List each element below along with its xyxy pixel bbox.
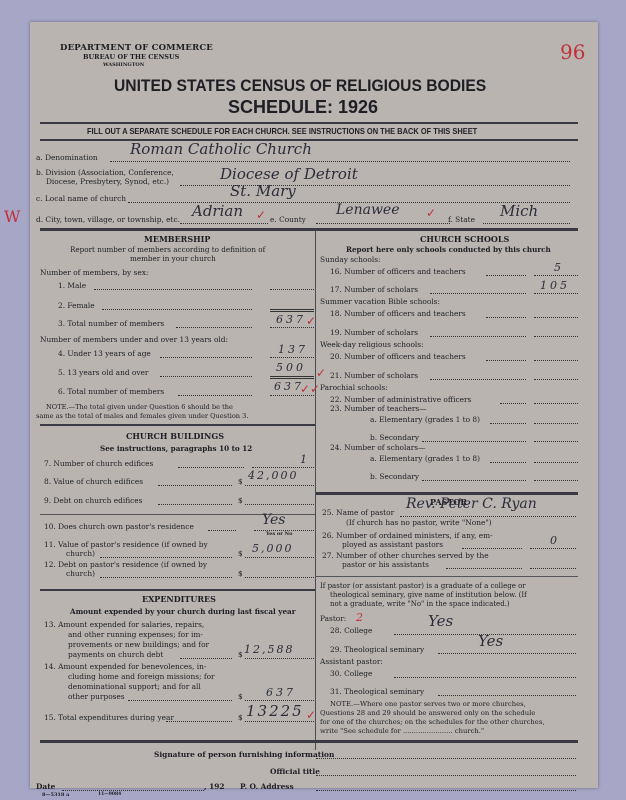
schools-subtitle: Report here only schools conducted by th…	[346, 245, 551, 254]
sunday-scholars-field[interactable]	[534, 293, 578, 294]
graduate-note-1: If pastor (or assistant pastor) is a gra…	[320, 582, 526, 590]
membership-note-1: NOTE.—The total given under Question 6 s…	[46, 403, 233, 411]
scholars-elementary-label: a. Elementary (grades 1 to 8)	[370, 454, 480, 463]
section-divider	[40, 424, 315, 426]
scholars-elementary-field[interactable]	[534, 462, 578, 463]
form-title: UNITED STATES CENSUS OF RELIGIOUS BODIES	[114, 76, 486, 96]
teachers-secondary-label: b. Secondary	[370, 433, 419, 442]
benevolences-label-4: other purposes	[68, 692, 125, 701]
leader-dots	[208, 530, 236, 531]
official-title-label: Official title	[270, 767, 320, 776]
leader-dots	[160, 376, 252, 377]
running-expenses-label-1: 13. Amount expended for salaries, repair…	[44, 620, 204, 629]
pastor-name-label: 25. Name of pastor	[322, 508, 394, 517]
total-members-label: 3. Total number of members	[58, 319, 164, 328]
leader-dots	[94, 289, 252, 290]
membership-subtitle-1: Report number of members according to de…	[70, 245, 265, 254]
pastor-mark: 2	[356, 611, 363, 624]
pastor-college-label: 28. College	[330, 626, 372, 635]
edifices-count-field[interactable]	[252, 467, 314, 468]
pastor-seminary-field[interactable]	[438, 653, 576, 654]
pastor-note-1: NOTE.—Where one pastor serves two or mor…	[330, 700, 526, 708]
city-heading: WASHINGTON	[103, 62, 144, 68]
other-churches-label-1: 27. Number of other churches served by t…	[322, 551, 489, 560]
running-expenses-label-2: and other running expenses; for im-	[68, 630, 203, 639]
dollar-sign: $	[238, 496, 243, 505]
residence-value-value: 5,000	[252, 542, 294, 555]
department-heading: DEPARTMENT OF COMMERCE	[60, 43, 213, 53]
assistant-college-field[interactable]	[394, 677, 576, 678]
leader-dots	[490, 462, 526, 463]
leader-dots	[176, 327, 252, 328]
by-sex-label: Number of members, by sex:	[40, 268, 148, 277]
summer-schools-label: Summer vacation Bible schools:	[320, 297, 440, 306]
teachers-secondary-field[interactable]	[534, 441, 578, 442]
edifice-value-label: 8. Value of church edifices	[44, 477, 143, 486]
benevolences-field[interactable]	[245, 700, 314, 701]
dollar-sign: $	[238, 477, 243, 486]
dollar-sign: $	[238, 569, 243, 578]
assistant-seminary-field[interactable]	[438, 695, 576, 696]
assistant-pastor-subsection-label: Assistant pastor:	[320, 657, 383, 666]
check-mark: ✓	[306, 708, 316, 722]
leader-dots	[158, 485, 232, 486]
leader-dots	[166, 721, 232, 722]
print-code: 11—9084	[98, 792, 121, 797]
weekday-officers-label: 20. Number of officers and teachers	[330, 352, 466, 361]
check-mark: ✓	[426, 206, 436, 220]
schools-title: CHURCH SCHOOLS	[420, 234, 509, 244]
under-13-value: 137	[278, 343, 308, 356]
section-divider	[40, 740, 578, 743]
signature-label: Signature of person furnishing informati…	[154, 750, 334, 759]
weekday-scholars-field[interactable]	[534, 379, 578, 380]
state-value[interactable]: Mich	[500, 202, 538, 220]
edifices-count-value: 1	[300, 453, 310, 466]
leader-dots	[430, 379, 526, 380]
admin-officers-field[interactable]	[534, 403, 578, 404]
female-field[interactable]	[270, 309, 314, 312]
sunday-officers-label: 16. Number of officers and teachers	[330, 267, 466, 276]
leader-dots	[102, 309, 252, 310]
form-code: 8—5318 a	[42, 792, 69, 798]
other-churches-label-2: pastor or his assistants	[342, 560, 429, 569]
leader-dots	[490, 423, 526, 424]
pastor-note-4: write "See schedule for ................…	[320, 727, 484, 735]
leader-dots	[446, 568, 522, 569]
leader-dots	[178, 467, 244, 468]
running-expenses-field[interactable]	[245, 658, 314, 659]
assistant-pastors-label-1: 26. Number of ordained ministers, if any…	[322, 531, 493, 540]
benevolences-value: 637	[266, 686, 296, 699]
leader-dots	[430, 336, 526, 337]
margin-mark: W	[4, 207, 20, 226]
section-divider	[40, 228, 578, 231]
running-expenses-label-3: provements or new buildings; and for	[68, 640, 209, 649]
summer-officers-label: 18. Number of officers and teachers	[330, 309, 466, 318]
total-expenditures-label: 15. Total expenditures during year	[44, 713, 174, 722]
under-13-label: 4. Under 13 years of age	[58, 349, 151, 358]
residence-value-field[interactable]	[245, 557, 314, 558]
pastor-seminary-value: Yes	[478, 632, 503, 650]
check-mark: ✓	[306, 314, 316, 328]
scholars-secondary-field[interactable]	[534, 480, 578, 481]
census-form-sheet: DEPARTMENT OF COMMERCE BUREAU OF THE CEN…	[30, 22, 598, 788]
check-mark: ✓	[316, 366, 326, 380]
leader-dots	[180, 658, 232, 659]
weekday-officers-field[interactable]	[534, 360, 578, 361]
parochial-schools-label: Parochial schools:	[320, 383, 388, 392]
pastor-name-value: Rev. Peter C. Ryan	[406, 496, 537, 512]
leader-dots	[500, 403, 526, 404]
pastor-subsection-label: Pastor:	[320, 614, 346, 623]
assistant-seminary-label: 31. Theological seminary	[330, 687, 424, 696]
county-label: e. County	[270, 215, 306, 224]
division-label-2: Diocese, Presbytery, Synod, etc.)	[46, 177, 169, 186]
pastor-name-hint: (If church has no pastor, write "None")	[346, 518, 492, 527]
male-field[interactable]	[270, 289, 314, 290]
total-members-value: 637	[276, 313, 306, 326]
leader-dots	[178, 395, 252, 396]
city-value[interactable]: Adrian	[192, 202, 243, 220]
check-mark: ✓✓	[300, 382, 320, 396]
city-line	[180, 223, 268, 224]
dollar-sign: $	[238, 650, 243, 659]
year-suffix: , 192	[204, 782, 225, 791]
admin-officers-label: 22. Number of administrative officers	[330, 395, 471, 404]
check-mark: ✓	[256, 208, 266, 222]
sunday-scholars-label: 17. Number of scholars	[330, 285, 418, 294]
leader-dots	[422, 480, 526, 481]
membership-note-2: same as the total of males and females g…	[36, 412, 248, 420]
benevolences-label-3: denominational support; and for all	[68, 682, 201, 691]
pastor-note-3: for one of the churches; on the schedule…	[320, 718, 544, 726]
teachers-elementary-label: a. Elementary (grades 1 to 8)	[370, 415, 480, 424]
running-expenses-value: 12,588	[244, 643, 295, 656]
buildings-subtitle: See instructions, paragraphs 10 to 12	[100, 444, 252, 453]
scholars-label: 24. Number of scholars—	[330, 443, 426, 452]
leader-dots	[100, 577, 232, 578]
page-number-mark: 96	[560, 40, 585, 64]
leader-dots	[100, 557, 232, 558]
pastor-note-2: Questions 28 and 29 should be answered o…	[320, 709, 535, 717]
division-label-1: b. Division (Association, Conference,	[36, 168, 174, 177]
division-value[interactable]: Diocese of Detroit	[220, 165, 358, 183]
date-label: Date	[36, 782, 55, 791]
po-address-label: P. O. Address	[240, 782, 294, 791]
residence-debt-label-1: 12. Debt on pastor's residence (if owned…	[44, 560, 207, 569]
over-13-label: 5. 13 years old and over	[58, 368, 148, 377]
leader-dots	[486, 317, 526, 318]
leader-dots	[422, 441, 526, 442]
leader-dots	[160, 357, 252, 358]
section-divider	[316, 492, 578, 495]
summer-officers-field[interactable]	[534, 317, 578, 318]
benevolences-label-1: 14. Amount expended for benevolences, in…	[44, 662, 206, 671]
date-field[interactable]	[62, 790, 204, 791]
pastor-seminary-label: 29. Theological seminary	[330, 645, 424, 654]
age-group-label: Number of members under and over 13 year…	[40, 335, 228, 344]
expenditures-title: EXPENDITURES	[142, 594, 216, 604]
weekday-schools-label: Week-day religious schools:	[320, 340, 424, 349]
summer-scholars-label: 19. Number of scholars	[330, 328, 418, 337]
county-line	[316, 223, 450, 224]
female-label: 2. Female	[58, 301, 95, 310]
graduate-note-3: not a graduate, write "No" in the space …	[330, 600, 510, 608]
divider	[316, 576, 578, 577]
city-label: d. City, town, village, or township, etc…	[36, 215, 180, 224]
yes-no-hint: Yes or No	[266, 531, 293, 537]
section-divider	[40, 589, 315, 591]
residence-debt-label-2: church)	[66, 569, 95, 578]
leader-dots	[430, 293, 526, 294]
membership-title: MEMBERSHIP	[144, 234, 210, 244]
column-divider	[315, 230, 316, 750]
dollar-sign: $	[238, 549, 243, 558]
denomination-label: a. Denomination	[36, 153, 98, 162]
fill-out-instruction: FILL OUT A SEPARATE SCHEDULE FOR EACH CH…	[87, 126, 477, 136]
other-churches-field[interactable]	[530, 568, 576, 569]
bureau-heading: BUREAU OF THE CENSUS	[83, 53, 179, 61]
teachers-label: 23. Number of teachers—	[330, 404, 427, 413]
owns-residence-label: 10. Does church own pastor's residence	[44, 522, 194, 531]
denomination-value[interactable]: Roman Catholic Church	[130, 140, 312, 158]
assistant-college-label: 30. College	[330, 669, 372, 678]
under-13-field[interactable]	[270, 357, 314, 358]
leader-dots	[486, 275, 526, 276]
local-name-value[interactable]: St. Mary	[230, 182, 296, 200]
leader-dots	[486, 360, 526, 361]
edifice-debt-field[interactable]	[245, 504, 314, 505]
buildings-title: CHURCH BUILDINGS	[126, 431, 224, 441]
weekday-scholars-label: 21. Number of scholars	[330, 371, 418, 380]
summer-scholars-field[interactable]	[534, 336, 578, 337]
county-value[interactable]: Lenawee	[336, 202, 400, 218]
edifice-value-field[interactable]	[245, 485, 314, 486]
dollar-sign: $	[238, 713, 243, 722]
membership-subtitle-2: member in your church	[130, 254, 216, 263]
male-label: 1. Male	[58, 281, 86, 290]
teachers-elementary-field[interactable]	[534, 423, 578, 424]
residence-value-label-1: 11. Value of pastor's residence (if owne…	[44, 540, 208, 549]
benevolences-label-2: cluding home and foreign missions; for	[68, 672, 215, 681]
po-address-field[interactable]	[316, 790, 576, 791]
assistant-pastors-label-2: ployed as assistant pastors	[342, 540, 443, 549]
sunday-scholars-value: 105	[540, 279, 570, 292]
form-subtitle: SCHEDULE: 1926	[228, 97, 378, 118]
leader-dots	[128, 700, 232, 701]
edifice-debt-label: 9. Debt on church edifices	[44, 496, 142, 505]
state-label: f. State	[448, 215, 475, 224]
owns-residence-value: Yes	[262, 512, 286, 528]
edifices-count-label: 7. Number of church edifices	[44, 459, 153, 468]
over-13-field[interactable]	[270, 376, 314, 379]
pastor-college-value: Yes	[428, 612, 453, 630]
scholars-secondary-label: b. Secondary	[370, 472, 419, 481]
official-title-field[interactable]	[316, 775, 576, 776]
assistant-pastors-field[interactable]	[530, 548, 576, 549]
header-rule-top	[40, 122, 578, 124]
graduate-note-2: theological seminary, give name of insti…	[330, 591, 527, 599]
pastor-name-field[interactable]	[400, 516, 576, 517]
running-expenses-label-4: payments on church debt	[68, 650, 163, 659]
total-expenditures-value: 13225	[246, 702, 304, 720]
leader-dots	[462, 548, 522, 549]
residence-debt-field[interactable]	[245, 577, 314, 578]
local-name-label: c. Local name of church	[36, 194, 126, 203]
residence-value-label-2: church)	[66, 549, 95, 558]
sunday-schools-label: Sunday schools:	[320, 255, 380, 264]
expenditures-subtitle: Amount expended by your church during la…	[70, 607, 295, 616]
total-expenditures-field[interactable]	[245, 721, 314, 722]
denomination-line	[110, 161, 570, 162]
leader-dots	[158, 504, 232, 505]
state-line	[483, 223, 570, 224]
dollar-sign: $	[238, 692, 243, 701]
assistant-pastors-value: 0	[550, 534, 560, 547]
edifice-value-value: 42,000	[248, 469, 299, 482]
sunday-officers-field[interactable]	[534, 275, 578, 276]
over-13-value: 500	[276, 361, 306, 374]
sunday-officers-value: 5	[554, 261, 564, 274]
total-members-2-label: 6. Total number of members	[58, 387, 164, 396]
signature-field[interactable]	[316, 758, 576, 759]
